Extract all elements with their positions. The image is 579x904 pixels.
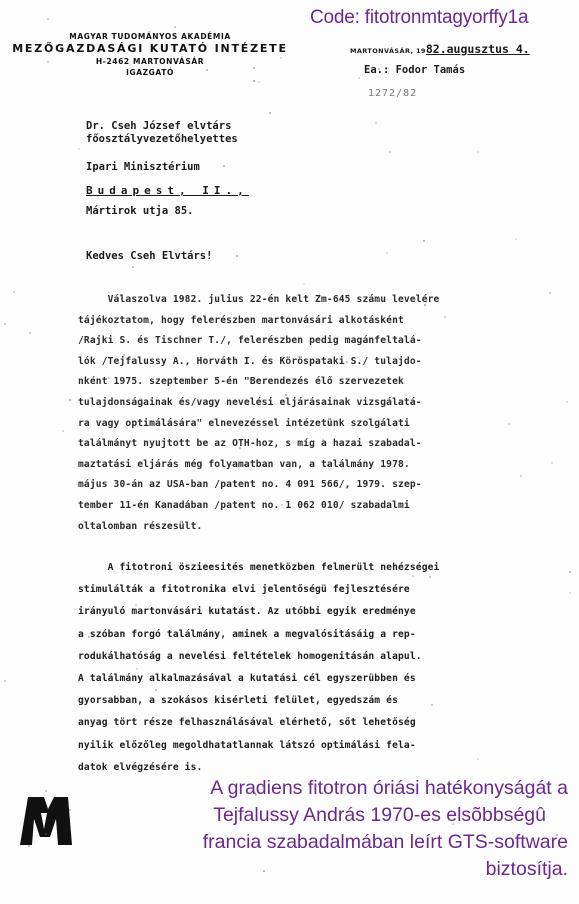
scan-speck xyxy=(477,758,479,760)
scan-speck xyxy=(281,504,283,506)
scan-speck xyxy=(358,77,360,79)
scan-speck xyxy=(223,165,225,167)
scan-speck xyxy=(258,81,260,83)
body-line: gyorsabban, a szokásos kisérleti felület… xyxy=(78,690,548,712)
scan-speck xyxy=(237,612,239,614)
scan-speck xyxy=(236,255,238,257)
handler-line: Ea.: Fodor Tamás xyxy=(364,64,465,76)
scan-speck xyxy=(262,785,264,787)
scan-speck xyxy=(253,67,255,69)
scan-speck xyxy=(123,354,125,356)
body-line: rodukálhatóság a nevelési feltételek hom… xyxy=(78,646,548,668)
caption-line: A gradiens fitotron óriási hatékonyságát… xyxy=(90,775,568,802)
recipient-org: Ipari Minisztérium xyxy=(86,161,200,173)
letterhead: MAGYAR TUDOMÁNYOS AKADÉMIA MEZŐGAZDASÁGI… xyxy=(0,32,300,77)
scan-speck xyxy=(566,401,568,403)
body-line: irányuló martonvásári kutatást. Az utóbb… xyxy=(78,601,548,623)
scan-speck xyxy=(556,834,558,836)
body-line: tulajdonságainak és/vagy nevelési eljárá… xyxy=(78,393,548,414)
scan-speck xyxy=(280,57,282,59)
recipient-name: Dr. Cseh József elvtárs xyxy=(86,120,231,132)
dateline: MARTONVÁSÁR, 1982.augusztus 4. xyxy=(350,42,530,56)
scan-speck xyxy=(346,361,348,363)
scan-speck xyxy=(569,571,571,573)
scan-speck xyxy=(47,18,49,20)
body-line: lók /Tejfalussy A., Horváth I. és Körösp… xyxy=(78,352,548,373)
body-paragraph-2: A fitotroni öszieesités menetközben felm… xyxy=(78,557,548,779)
scan-speck xyxy=(424,304,426,306)
letterhead-address: H-2462 MARTONVÁSÁR xyxy=(0,57,300,66)
scan-speck xyxy=(412,575,414,577)
scan-speck xyxy=(29,332,31,334)
scan-speck xyxy=(206,69,208,71)
scan-speck xyxy=(4,323,6,325)
scan-speck xyxy=(136,668,138,670)
body-line: Válaszolva 1982. julius 22-én kelt Zm-64… xyxy=(78,290,548,311)
recipient-title: főosztályvezetőhelyettes xyxy=(86,133,238,145)
body-line: anyag tört része felhasználásával elérhe… xyxy=(78,712,548,734)
body-line: oltalomban részesült. xyxy=(78,517,548,538)
scan-speck xyxy=(515,238,517,240)
scan-speck xyxy=(386,252,388,254)
scan-speck xyxy=(444,316,446,318)
scan-speck xyxy=(45,833,47,835)
scan-speck xyxy=(45,790,47,792)
recipient-street: Mártirok utja 85. xyxy=(86,205,193,217)
scan-speck xyxy=(263,870,265,872)
salutation: Kedves Cseh Elvtárs! xyxy=(86,250,212,262)
scan-speck xyxy=(389,151,391,153)
scan-speck xyxy=(28,845,30,847)
caption: A gradiens fitotron óriási hatékonyságát… xyxy=(90,775,568,883)
scan-speck xyxy=(569,592,571,594)
dateline-place: MARTONVÁSÁR, 19 xyxy=(350,47,426,55)
scan-speck xyxy=(303,283,305,285)
body-line: május 30-án az USA-ban /patent no. 4 091… xyxy=(78,475,548,496)
body-line: A találmány alkalmazásával a kutatási cé… xyxy=(78,668,548,690)
dateline-date: 82.augusztus 4. xyxy=(426,42,530,56)
body-line: tember 11-én Kanadában /patent no. 1 062… xyxy=(78,496,548,517)
scan-speck xyxy=(423,240,425,242)
scan-speck xyxy=(4,680,6,682)
scan-speck xyxy=(375,122,377,124)
scan-speck xyxy=(135,604,137,606)
body-paragraph-1: Válaszolva 1982. julius 22-én kelt Zm-64… xyxy=(78,290,548,537)
scan-speck xyxy=(286,815,288,817)
body-line: maztatási eljárás még folyamatban van, a… xyxy=(78,455,548,476)
scan-speck xyxy=(69,399,71,401)
scan-speck xyxy=(255,794,257,796)
body-line: tájékoztatom, hogy felerészben martonvás… xyxy=(78,311,548,332)
scan-speck xyxy=(140,398,142,400)
caption-line: Tejfalussy András 1970-es elsõbbségû xyxy=(90,802,568,829)
reference-number: 1272/82 xyxy=(368,88,417,99)
body-line: /Rajki S. és Tischner T./, felerészben p… xyxy=(78,331,548,352)
scan-speck xyxy=(452,823,454,825)
scan-speck xyxy=(314,297,316,299)
scan-speck xyxy=(78,148,80,150)
scan-speck xyxy=(259,395,261,397)
scan-speck xyxy=(549,292,551,294)
scan-speck xyxy=(88,636,90,638)
scan-speck xyxy=(431,704,433,706)
scan-speck xyxy=(477,151,479,153)
body-line: a szóban forgó találmány, aminek a megva… xyxy=(78,624,548,646)
scan-speck xyxy=(132,266,134,268)
caption-line: biztosítja. xyxy=(90,856,568,883)
scan-speck xyxy=(285,394,287,396)
scan-speck xyxy=(269,112,271,114)
body-line: stimulálták a fitotronika elvi jelentősé… xyxy=(78,579,548,601)
scan-speck xyxy=(108,377,110,379)
body-line: nyilik előzőleg megoldhatatlannak látszó… xyxy=(78,735,548,757)
scan-speck xyxy=(378,68,380,70)
scan-speck xyxy=(520,475,522,477)
letterhead-institute: MEZŐGAZDASÁGI KUTATÓ INTÉZETE xyxy=(0,42,300,55)
caption-line: francia szabadalmában leírt GTS-software xyxy=(90,829,568,856)
body-line: találmányt nyujtott be az OTH-hoz, s míg… xyxy=(78,434,548,455)
scan-speck xyxy=(13,291,15,293)
letterhead-office: IGAZGATÓ xyxy=(0,68,300,77)
letterhead-academy: MAGYAR TUDOMÁNYOS AKADÉMIA xyxy=(0,32,300,41)
recipient-city: Budapest, II., xyxy=(86,185,249,197)
scan-speck xyxy=(62,430,64,432)
scan-speck xyxy=(508,423,510,425)
scan-speck xyxy=(239,447,241,449)
scan-speck xyxy=(253,80,255,82)
scan-speck xyxy=(551,462,553,464)
scan-speck xyxy=(252,339,254,341)
stylized-m-logo-icon xyxy=(14,793,74,848)
scan-speck xyxy=(319,587,321,589)
document-code-label: Code: fitotronmtagyorffy1a xyxy=(310,7,528,29)
body-line: ra vagy optimálására" elnevezéssel intéz… xyxy=(78,414,548,435)
scan-speck xyxy=(47,61,49,63)
scan-speck xyxy=(69,809,71,811)
scan-speck xyxy=(429,576,431,578)
scan-speck xyxy=(174,26,176,28)
scan-speck xyxy=(155,689,157,691)
scan-speck xyxy=(379,782,381,784)
scan-speck xyxy=(322,438,324,440)
scan-speck xyxy=(284,46,286,48)
body-line: A fitotroni öszieesités menetközben felm… xyxy=(78,557,548,579)
body-line: nként 1975. szeptember 5-én "Berendezés … xyxy=(78,372,548,393)
